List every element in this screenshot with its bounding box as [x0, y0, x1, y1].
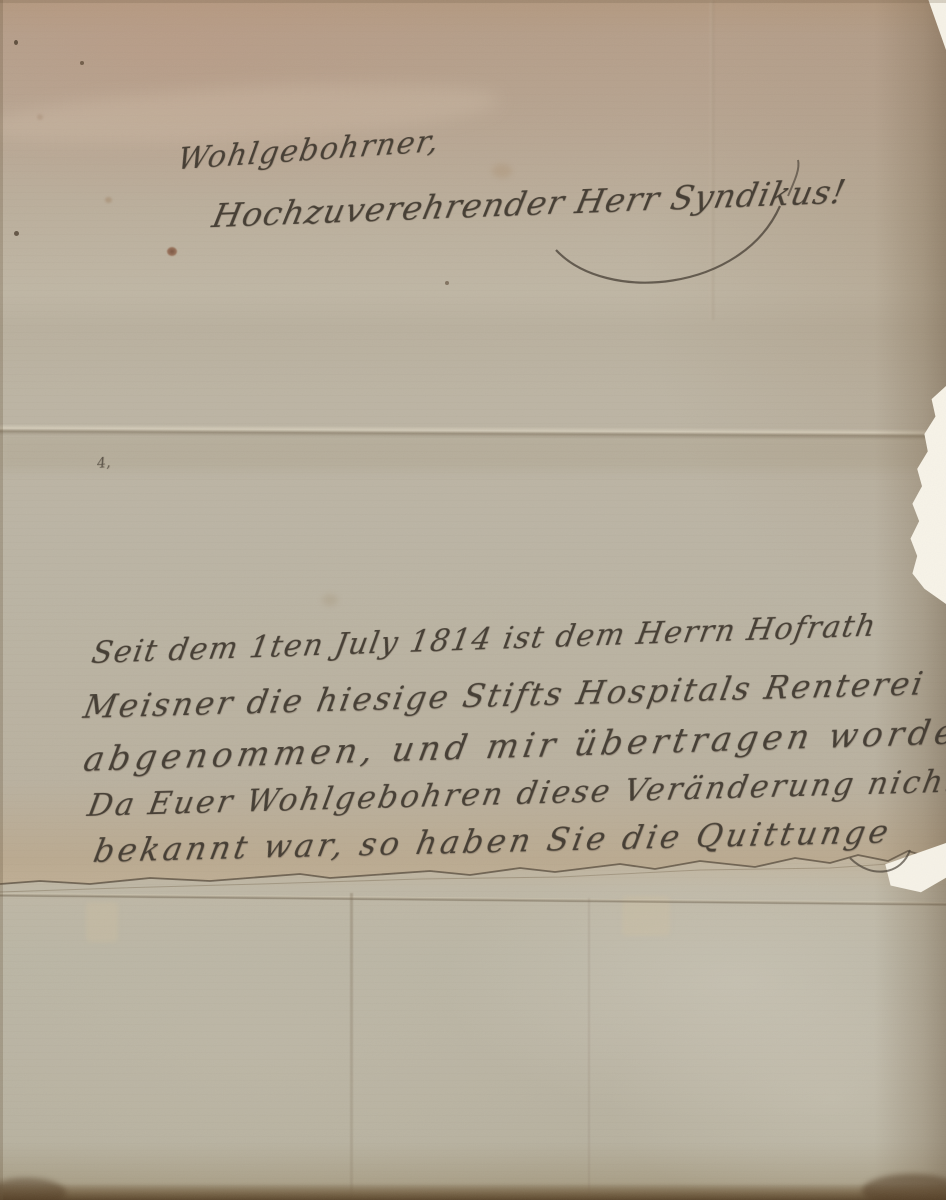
- salutation-line-1: Wohlgebohrner,: [175, 123, 443, 177]
- handwriting-layer: Wohlgebohrner, Hochzuverehrender Herr Sy…: [0, 0, 946, 1200]
- body-line-5: bekannt war, so haben Sie die Quittunge: [90, 812, 894, 870]
- margin-ink-mark: 4,: [96, 455, 111, 472]
- letter-photo: Wohlgebohrner, Hochzuverehrender Herr Sy…: [0, 0, 946, 1200]
- body-line-1: Seit dem 1ten July 1814 ist dem Herrn Ho…: [89, 608, 880, 671]
- salutation-line-2: Hochzuverehrender Herr Syndikus!: [209, 172, 850, 236]
